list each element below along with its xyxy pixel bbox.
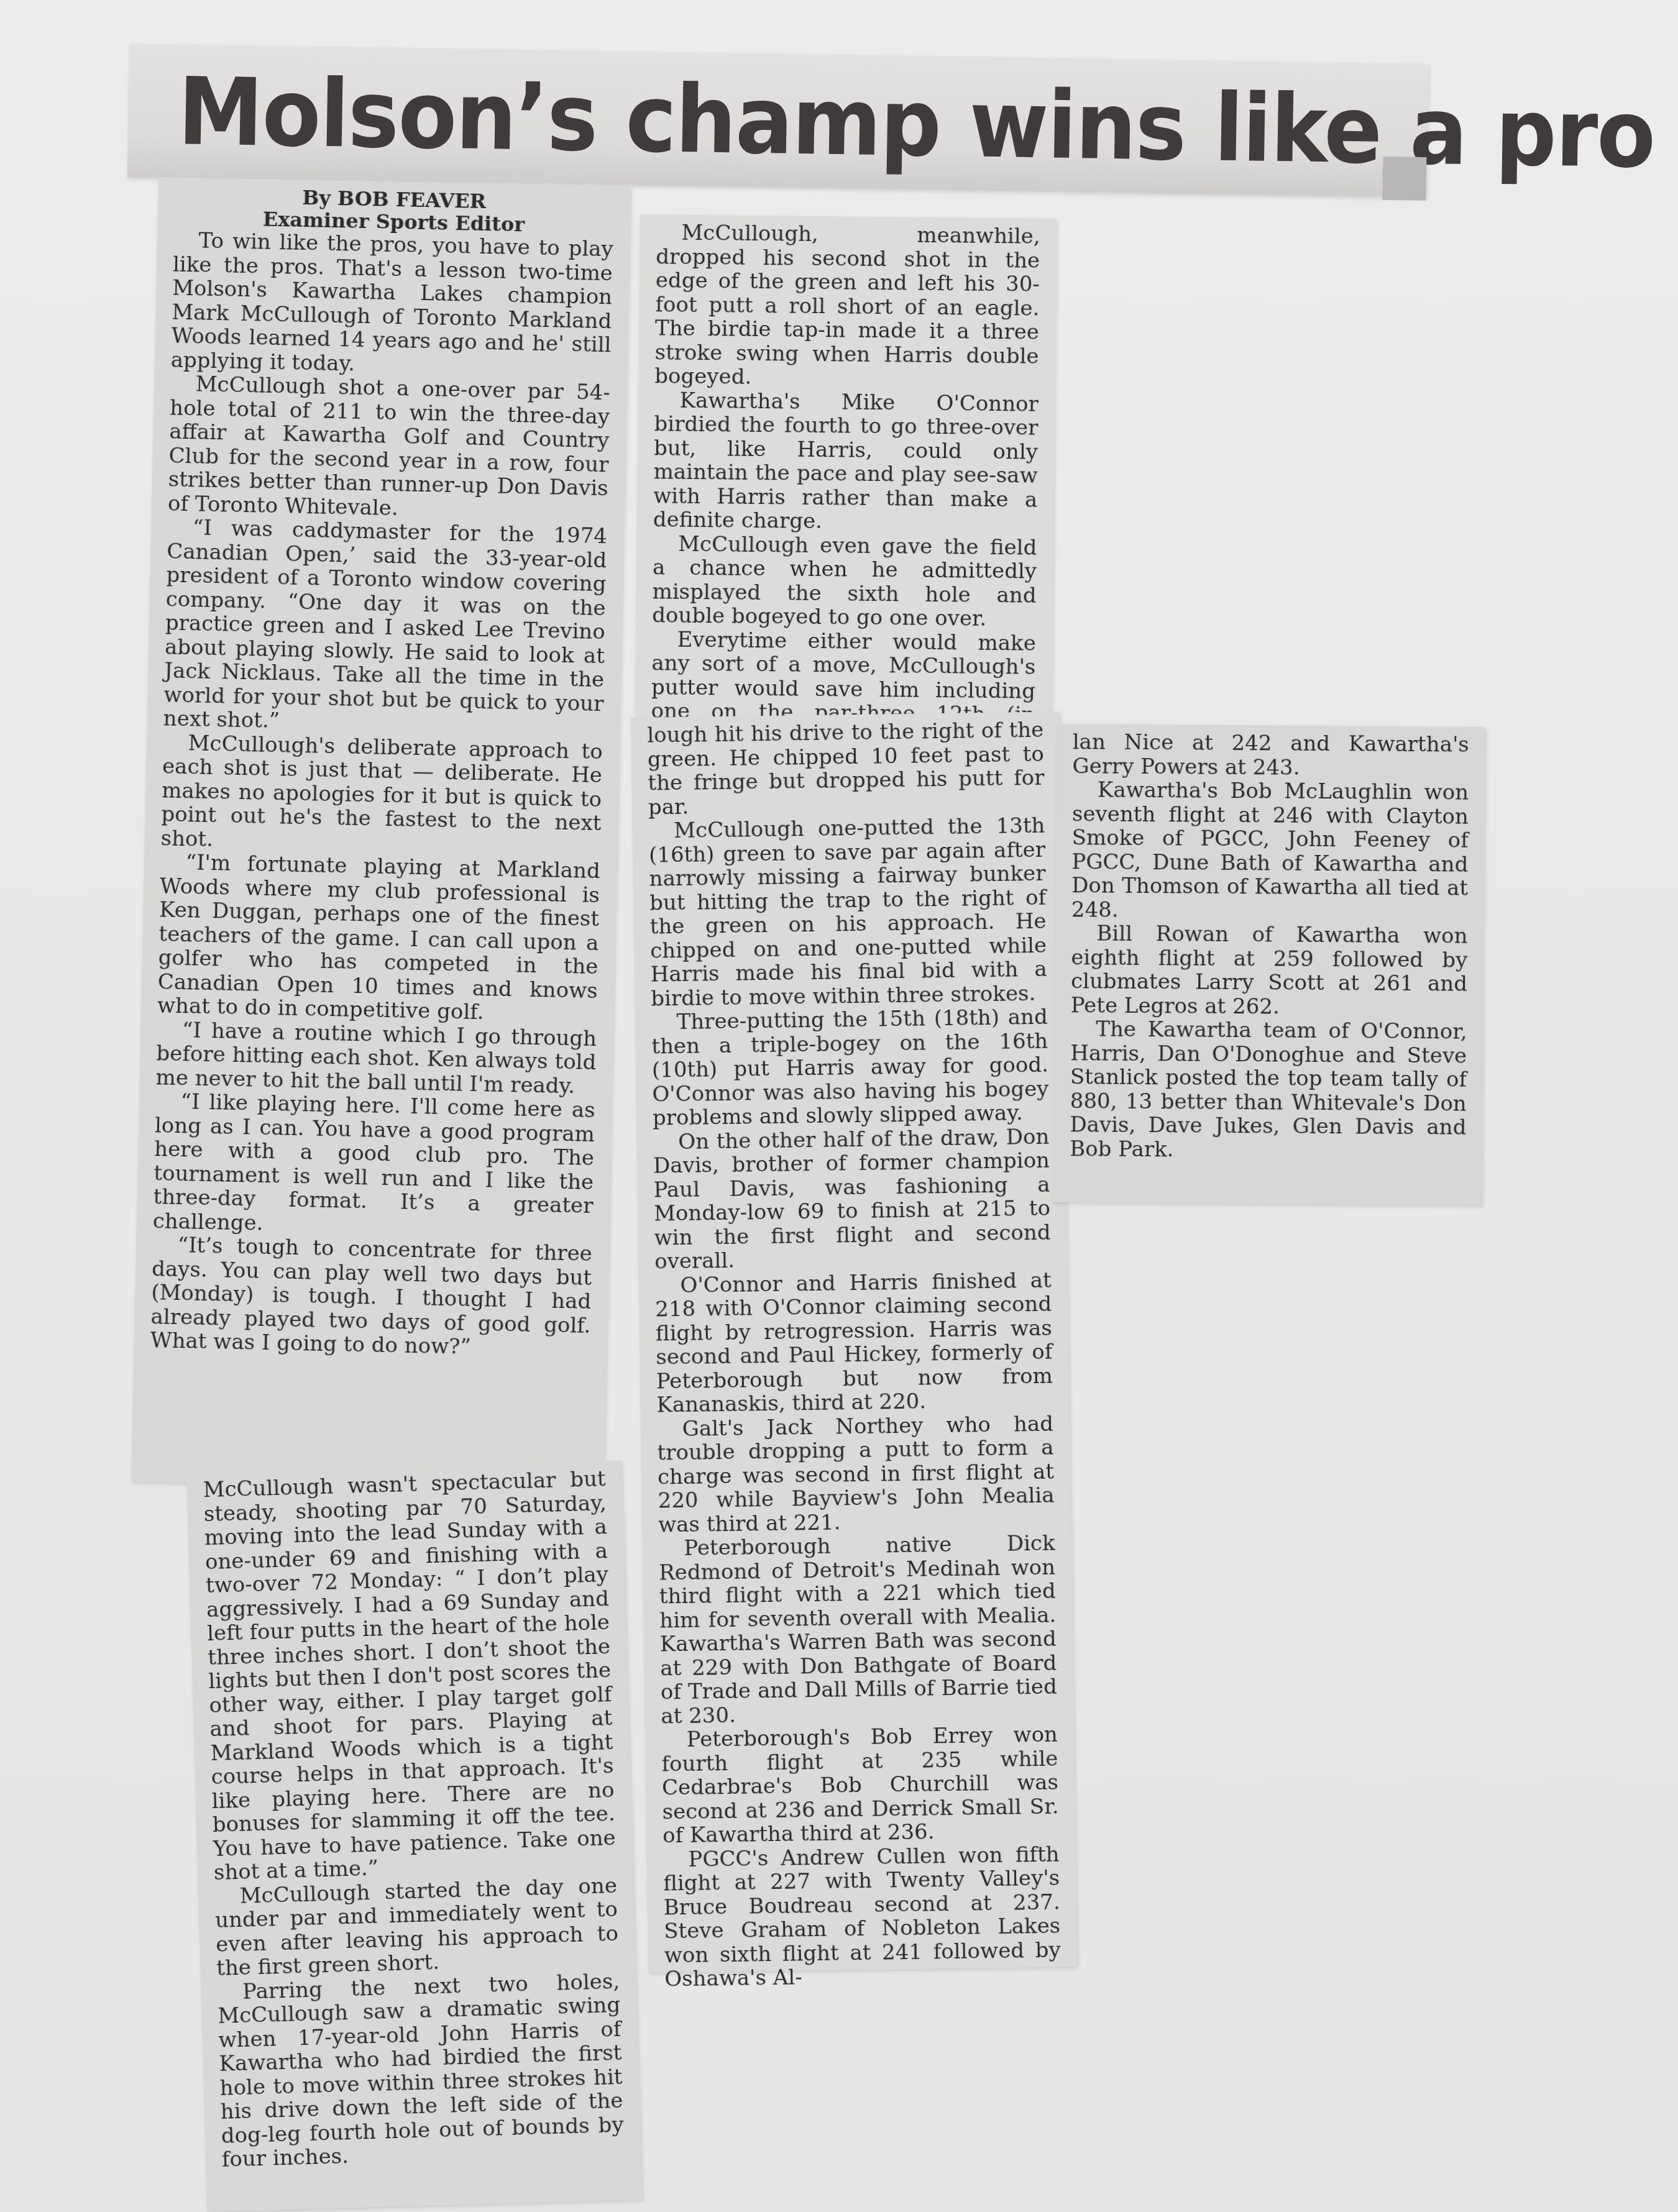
headline: Molson’s champ wins like a pro <box>177 58 1656 189</box>
article-paragraph: lough hit his drive to the right of the … <box>647 718 1045 820</box>
article-paragraph: lan Nice at 242 and Kawartha's Gerry Pow… <box>1072 730 1469 780</box>
article-paragraph: “I have a routine which I go through bef… <box>155 1018 597 1099</box>
article-paragraph: Three-putting the 15th (18th) and then a… <box>651 1005 1050 1130</box>
article-paragraph: McCullough's deliberate approach to each… <box>160 731 603 859</box>
article-paragraph: “I like playing here. I'll come here as … <box>152 1089 595 1242</box>
column-body: To win like the pros, you have to play l… <box>150 229 613 1362</box>
article-paragraph: Peterborough's Bob Errey won fourth flig… <box>661 1723 1060 1848</box>
article-paragraph: “I was caddymaster for the 1974 Canadian… <box>163 515 607 739</box>
article-paragraph: McCullough even gave the field a chance … <box>652 532 1037 631</box>
article-column-1-bottom: McCullough wasn't spectacular but steady… <box>186 1460 642 2211</box>
article-paragraph: McCullough one-putted the 13th (16th) gr… <box>648 814 1047 1011</box>
article-paragraph: Galt's Jack Northey who had trouble drop… <box>657 1412 1055 1537</box>
article-column-2-top: McCullough, meanwhile, dropped his secon… <box>635 214 1057 722</box>
article-paragraph: The Kawartha team of O'Connor, Harris, D… <box>1070 1017 1467 1163</box>
column-body: McCullough wasn't spectacular but steady… <box>203 1467 625 2172</box>
article-paragraph: Peterborough native Dick Redmond of Detr… <box>658 1532 1057 1729</box>
article-paragraph: McCullough shot a one-over par 54-hole t… <box>168 372 611 524</box>
column-body: lan Nice at 242 and Kawartha's Gerry Pow… <box>1070 730 1469 1163</box>
article-paragraph: On the other half of the draw, Don Davis… <box>653 1125 1051 1274</box>
article-column-1-top: By BOB FEAVER Examiner Sports Editor To … <box>131 177 631 1491</box>
column-body: McCullough, meanwhile, dropped his secon… <box>651 221 1040 775</box>
article-paragraph: McCullough, meanwhile, dropped his secon… <box>654 221 1040 392</box>
column-body: lough hit his drive to the right of the … <box>647 718 1061 1991</box>
article-paragraph: O'Connor and Harris finished at 218 with… <box>655 1268 1053 1417</box>
headline-clipping: Molson’s champ wins like a pro <box>127 43 1428 198</box>
article-paragraph: To win like the pros, you have to play l… <box>170 229 613 382</box>
article-column-3: lan Nice at 242 and Kawartha's Gerry Pow… <box>1053 724 1485 1205</box>
article-column-2-bottom: lough hit his drive to the right of the … <box>631 711 1077 1972</box>
article-paragraph: PGCC's Andrew Cullen won fifth flight at… <box>662 1842 1061 1991</box>
article-paragraph: Parring the next two holes, McCullough s… <box>217 1969 625 2172</box>
article-paragraph: “It’s tough to concentrate for three day… <box>150 1233 592 1361</box>
article-paragraph: McCullough wasn't spectacular but steady… <box>203 1467 617 1885</box>
article-paragraph: Bill Rowan of Kawartha won eighth flight… <box>1071 921 1468 1020</box>
article-paragraph: McCullough started the day one under par… <box>214 1873 620 1980</box>
article-paragraph: “I'm fortunate playing at Markland Woods… <box>157 850 600 1026</box>
article-paragraph: Kawartha's Bob McLaughlin won seventh fl… <box>1071 778 1469 924</box>
clipping-shadow <box>1382 157 1426 201</box>
article-paragraph: Kawartha's Mike O'Connor birdied the fou… <box>653 388 1038 536</box>
